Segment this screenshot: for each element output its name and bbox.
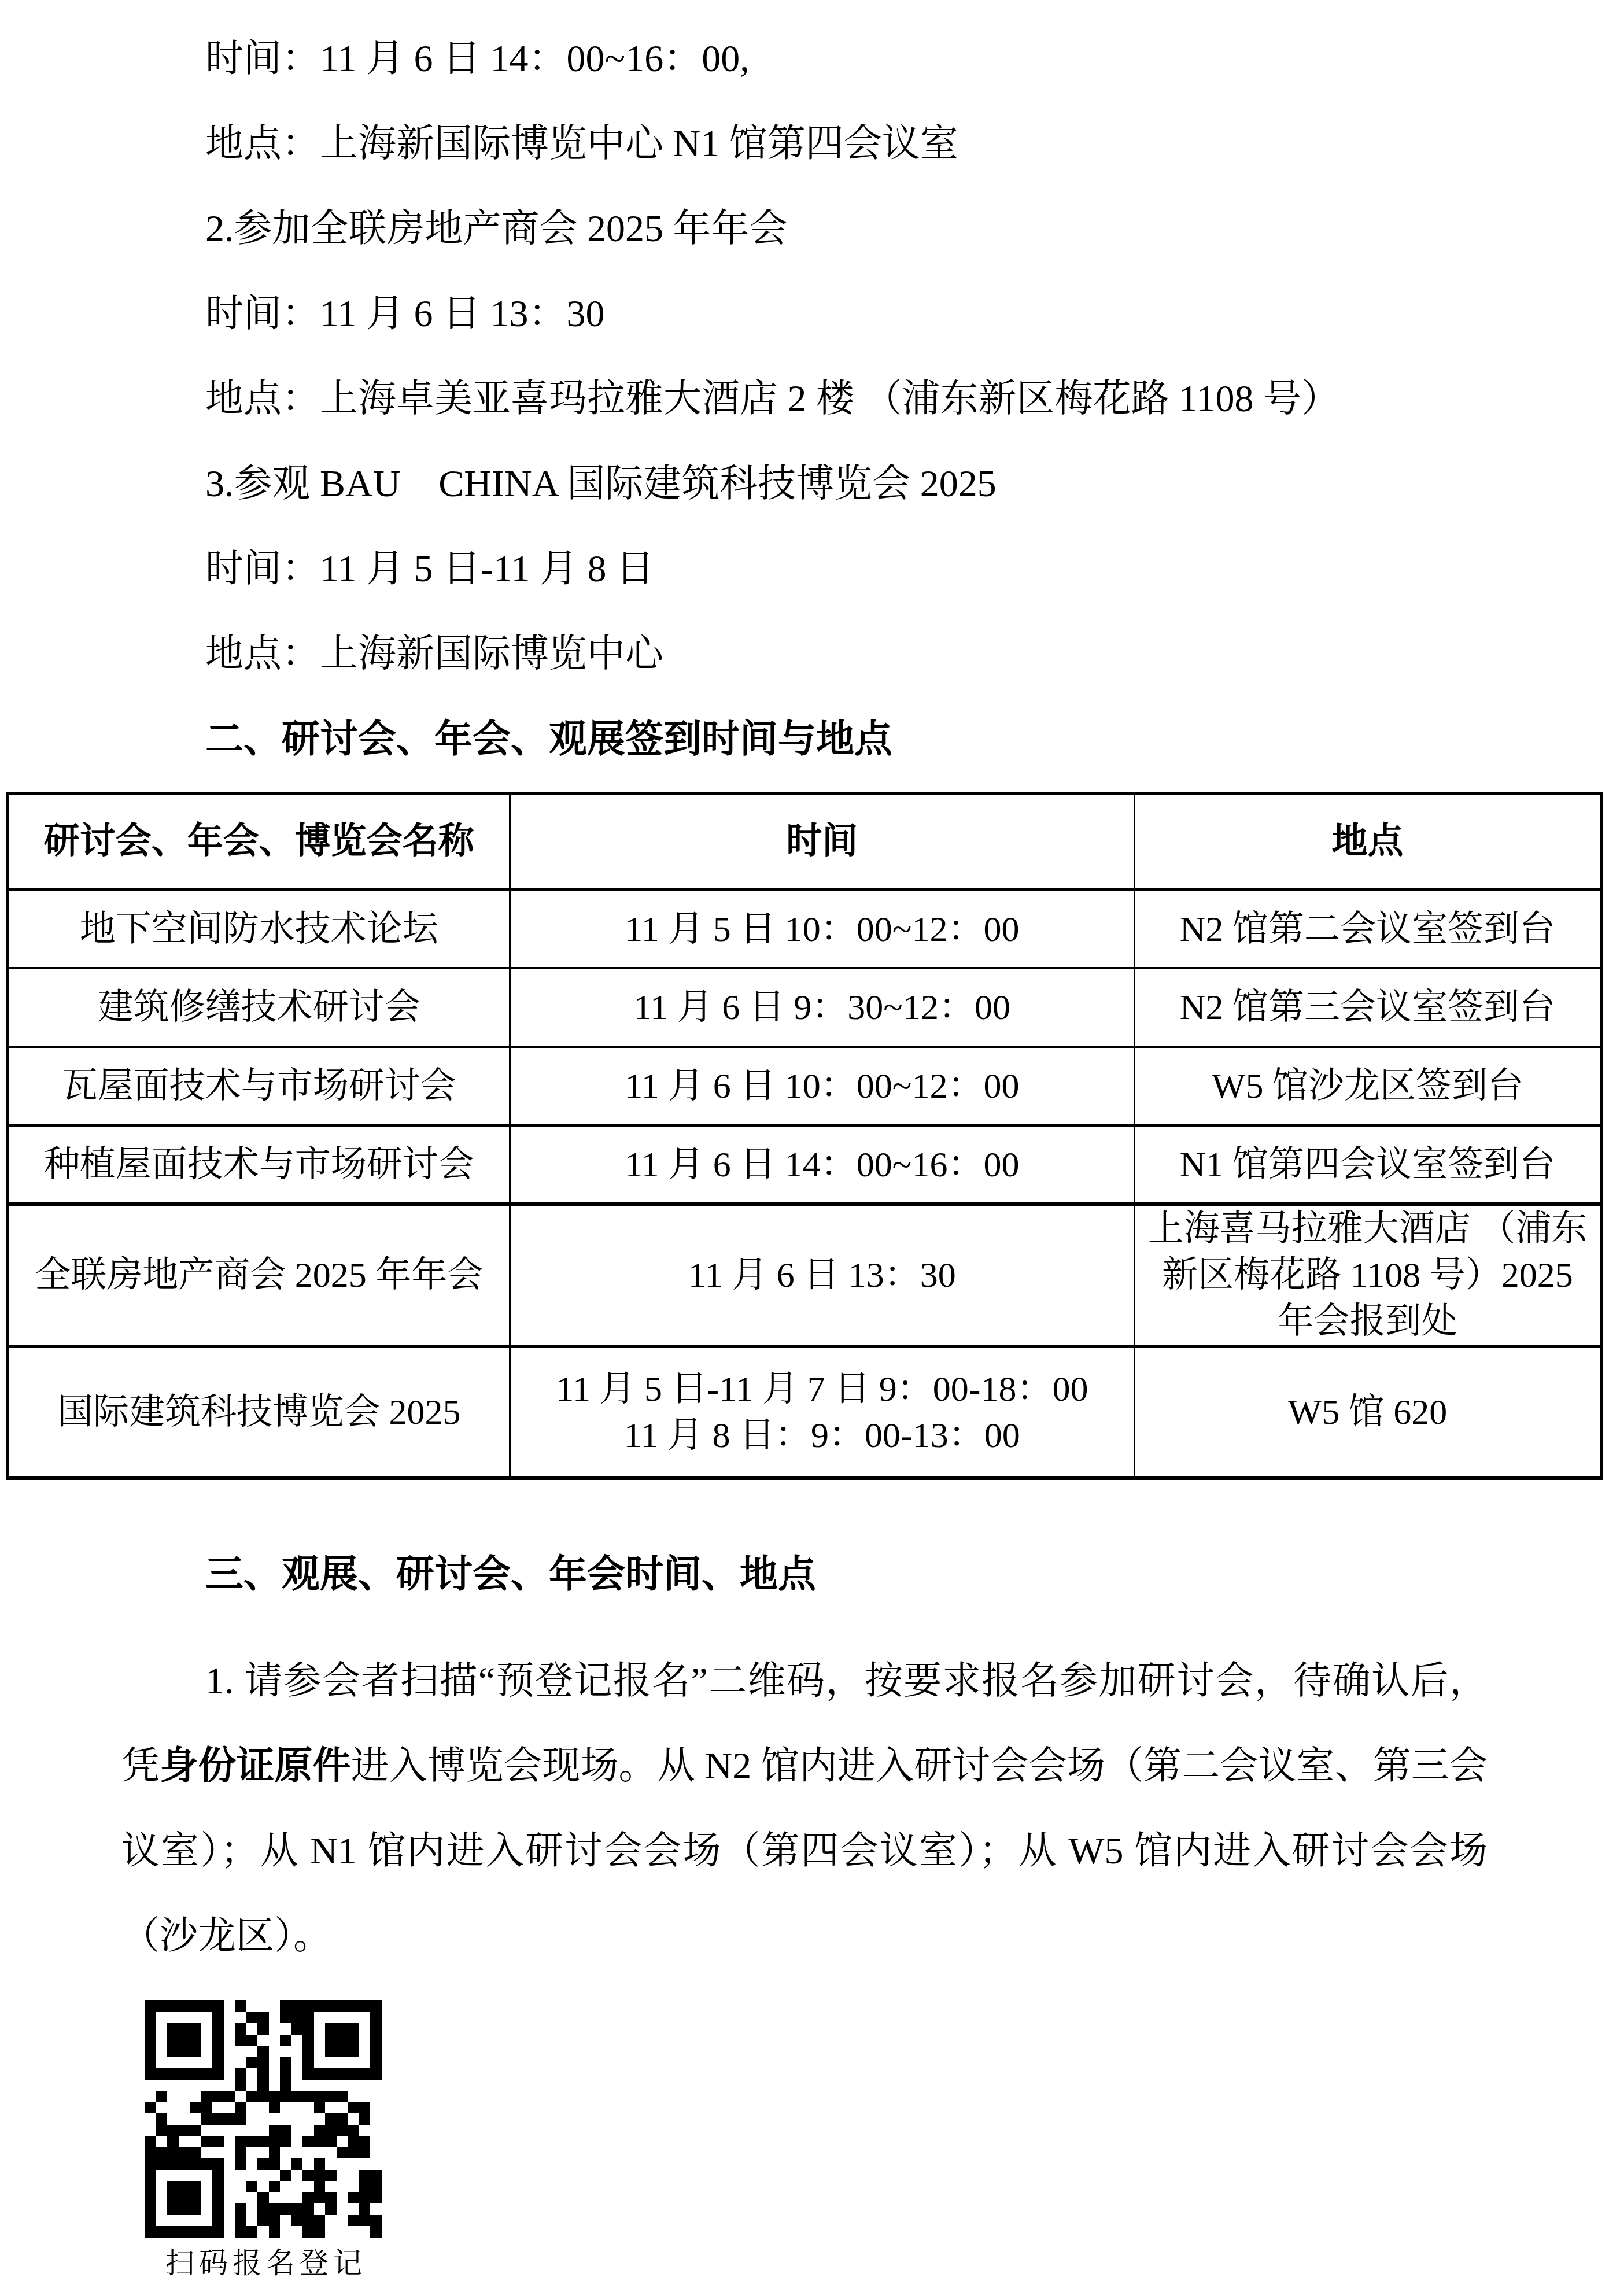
cell-event-place: N2 馆第三会议室签到台	[1134, 968, 1601, 1047]
cell-event-place: W5 馆沙龙区签到台	[1134, 1047, 1601, 1125]
column-header-name: 研讨会、年会、博览会名称	[8, 793, 510, 889]
intro-line: 2.参加全联房地产商会 2025 年年会	[121, 186, 1488, 271]
schedule-table-wrapper: 研讨会、年会、博览会名称 时间 地点 地下空间防水技术论坛 11 月 5 日 1…	[6, 792, 1603, 1480]
table-row: 国际建筑科技博览会 2025 11 月 5 日-11 月 7 日 9：00-18…	[8, 1346, 1601, 1478]
intro-line: 时间：11 月 5 日-11 月 8 日	[121, 526, 1488, 611]
intro-line: 地点：上海卓美亚喜玛拉雅大酒店 2 楼 （浦东新区梅花路 1108 号）	[121, 356, 1488, 441]
qr-block: 扫码报名登记	[145, 2000, 388, 2280]
cell-event-name: 国际建筑科技博览会 2025	[8, 1346, 510, 1478]
cell-event-place: N2 馆第二会议室签到台	[1134, 889, 1601, 968]
intro-line: 时间：11 月 6 日 14：00~16：00,	[121, 16, 1488, 101]
table-row: 全联房地产商会 2025 年年会 11 月 6 日 13：30 上海喜马拉雅大酒…	[8, 1204, 1601, 1346]
registration-instructions: 1. 请参会者扫描“预登记报名”二维码，按要求报名参加研讨会，待确认后，凭身份证…	[121, 1638, 1488, 1978]
column-header-time: 时间	[510, 793, 1134, 889]
intro-line: 时间：11 月 6 日 13：30	[121, 271, 1488, 356]
intro-line: 3.参观 BAU CHINA 国际建筑科技博览会 2025	[121, 441, 1488, 526]
table-row: 地下空间防水技术论坛 11 月 5 日 10：00~12：00 N2 馆第二会议…	[8, 889, 1601, 968]
cell-event-name: 建筑修缮技术研讨会	[8, 968, 510, 1047]
cell-event-name: 种植屋面技术与市场研讨会	[8, 1125, 510, 1204]
intro-line: 地点：上海新国际博览中心	[121, 611, 1488, 696]
cell-event-time: 11 月 6 日 9：30~12：00	[510, 968, 1134, 1047]
id-card-emphasis: 身份证原件	[160, 1745, 351, 1787]
cell-event-name: 瓦屋面技术与市场研讨会	[8, 1047, 510, 1125]
cell-event-time: 11 月 6 日 14：00~16：00	[510, 1125, 1134, 1204]
table-row: 瓦屋面技术与市场研讨会 11 月 6 日 10：00~12：00 W5 馆沙龙区…	[8, 1047, 1601, 1125]
cell-event-time: 11 月 6 日 10：00~12：00	[510, 1047, 1134, 1125]
table-header-row: 研讨会、年会、博览会名称 时间 地点	[8, 793, 1601, 889]
cell-event-place: N1 馆第四会议室签到台	[1134, 1125, 1601, 1204]
table-row: 种植屋面技术与市场研讨会 11 月 6 日 14：00~16：00 N1 馆第四…	[8, 1125, 1601, 1204]
cell-event-time: 11 月 5 日 10：00~12：00	[510, 889, 1134, 968]
cell-event-time: 11 月 6 日 13：30	[510, 1204, 1134, 1346]
cell-event-place: W5 馆 620	[1134, 1346, 1601, 1478]
section3-heading: 三、观展、研讨会、年会时间、地点	[0, 1531, 1609, 1616]
cell-event-name: 全联房地产商会 2025 年年会	[8, 1204, 510, 1346]
column-header-place: 地点	[1134, 793, 1601, 889]
intro-line: 地点：上海新国际博览中心 N1 馆第四会议室	[121, 101, 1488, 186]
qr-code	[145, 2000, 382, 2238]
cell-event-place: 上海喜马拉雅大酒店 （浦东新区梅花路 1108 号）2025 年会报到处	[1134, 1204, 1601, 1346]
qr-caption: 扫码报名登记	[145, 2246, 388, 2280]
intro-section: 时间：11 月 6 日 14：00~16：00, 地点：上海新国际博览中心 N1…	[0, 0, 1609, 696]
cell-event-time: 11 月 5 日-11 月 7 日 9：00-18：00 11 月 8 日：9：…	[510, 1346, 1134, 1478]
cell-event-name: 地下空间防水技术论坛	[8, 889, 510, 968]
table-row: 建筑修缮技术研讨会 11 月 6 日 9：30~12：00 N2 馆第三会议室签…	[8, 968, 1601, 1047]
section2-heading: 二、研讨会、年会、观展签到时间与地点	[0, 696, 1609, 781]
schedule-table: 研讨会、年会、博览会名称 时间 地点 地下空间防水技术论坛 11 月 5 日 1…	[6, 792, 1603, 1480]
document-page: { "page": { "background": "#ffffff", "te…	[0, 0, 1609, 2296]
